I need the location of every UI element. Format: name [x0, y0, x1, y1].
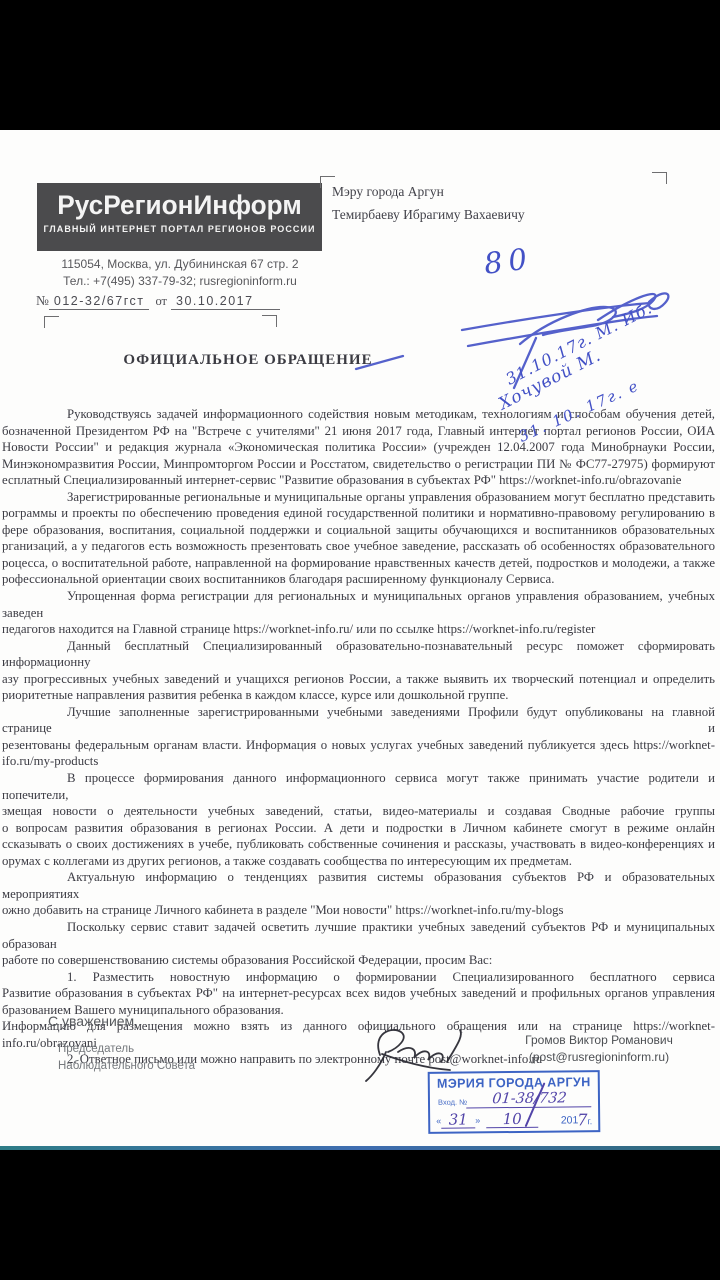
- stamp-title: МЭРИЯ ГОРОДА АРГУН: [431, 1074, 596, 1091]
- body-line: рганизаций, а у педагогов есть возможнос…: [2, 538, 715, 555]
- body-line: риоритетные направления развития ребенка…: [2, 687, 715, 704]
- address-line: 115054, Москва, ул. Дубининская 67 стр. …: [30, 256, 330, 273]
- sender-address: 115054, Москва, ул. Дубининская 67 стр. …: [30, 256, 330, 290]
- recipient-line: Темирбаеву Ибрагиму Вахаевичу: [332, 203, 525, 226]
- recipient-block: Мэру города Аргун Темирбаеву Ибрагиму Ва…: [332, 180, 525, 226]
- stamp-year-handwritten: 7: [577, 1113, 587, 1127]
- letter-page: РусРегионИнформ ГЛАВНЫЙ ИНТЕРНЕТ ПОРТАЛ …: [0, 130, 720, 1150]
- body-line: работе по совершенствованию системы обра…: [2, 952, 715, 969]
- body-line: Упрощенная форма регистрации для региона…: [2, 588, 715, 621]
- body-line: Минэкономразвития России, Минпромторгом …: [2, 456, 715, 473]
- paragraph: Лучшие заполненные зарегистрированными у…: [2, 704, 715, 770]
- body-line: фере образования, воспитания, социальной…: [2, 522, 715, 539]
- paragraph: Руководствуясь задачей информационного с…: [2, 406, 715, 489]
- body-line: ожно добавить на странице Личного кабине…: [2, 902, 715, 919]
- logo-title: РусРегионИнформ: [41, 190, 317, 221]
- paragraph: Данный бесплатный Специализированный обр…: [2, 638, 715, 704]
- body-line: роцесса, о воспитательной работе, направ…: [2, 555, 715, 572]
- position-line: Председатель: [58, 1041, 195, 1058]
- address-line: Тел.: +7(495) 337-79-32; rusregioninform…: [30, 273, 330, 290]
- scanned-letter-screen: РусРегионИнформ ГЛАВНЫЙ ИНТЕРНЕТ ПОРТАЛ …: [0, 0, 720, 1280]
- body-line: о вопросам развития образования в регион…: [2, 820, 715, 837]
- body-line: педагогов находится на Главной странице …: [2, 621, 715, 638]
- body-line: 1. Разместить новостную информацию о фор…: [2, 969, 715, 986]
- stamp-year-printed: 201: [561, 1114, 579, 1127]
- stamp-day: 31: [441, 1112, 475, 1128]
- paragraph: Зарегистрированные региональные и муници…: [2, 489, 715, 588]
- handwritten-resolution-number: 80: [482, 241, 535, 281]
- body-line: азу прогрессивных учебных заведений и уч…: [2, 671, 715, 688]
- letter-date: 30.10.2017: [171, 294, 280, 310]
- paragraph: Поскольку сервис ставит задачей осветить…: [2, 919, 715, 969]
- signer-email: (post@rusregioninform.ru): [506, 1049, 692, 1066]
- stamp-year: 201 7 г.: [538, 1113, 592, 1128]
- date-label: от: [155, 294, 167, 309]
- paragraph: 1. Разместить новостную информацию о фор…: [2, 969, 715, 1019]
- body-line: рограммы и проекты по обеспечению провед…: [2, 505, 715, 522]
- body-line: Новости России" и редакция журнала «Экон…: [2, 439, 715, 456]
- document-title: ОФИЦИАЛЬНОЕ ОБРАЩЕНИЕ: [98, 352, 398, 369]
- signer-position: Председатель Наблюдательного Совета: [58, 1041, 195, 1074]
- body-line: есплатный Специализированный интернет-се…: [2, 472, 715, 489]
- body-line: Поскольку сервис ставит задачей осветить…: [2, 919, 715, 952]
- paragraph: Упрощенная форма регистрации для региона…: [2, 588, 715, 638]
- position-line: Наблюдательного Совета: [58, 1058, 195, 1075]
- reference-number-line: № 012-32/67гст от 30.10.2017: [36, 293, 326, 310]
- body-line: ifo.ru/my-products: [2, 753, 715, 770]
- body-line: ссказывать о своих достижениях в учебе, …: [2, 836, 715, 853]
- body-line: резентованы федеральным органам власти. …: [2, 737, 715, 754]
- signer-block: Громов Виктор Романович (post@rusregioni…: [506, 1032, 692, 1066]
- body-line: В процессе формирования данного информац…: [2, 770, 715, 803]
- scan-edge-artifact: [0, 1146, 720, 1150]
- letter-body: Руководствуясь задачей информационного с…: [2, 406, 715, 1068]
- body-line: Лучшие заполненные зарегистрированными у…: [2, 704, 715, 737]
- corner-mark: [262, 315, 277, 327]
- salutation: С уважением,: [48, 1013, 138, 1029]
- outgoing-number: 012-32/67гст: [49, 294, 150, 310]
- recipient-line: Мэру города Аргун: [332, 180, 525, 203]
- body-line: Руководствуясь задачей информационного с…: [2, 406, 715, 423]
- stamp-date-row: « 31 » 10 201 7 г.: [436, 1108, 592, 1129]
- body-line: бозначенной Президентом РФ на "Встрече с…: [2, 423, 715, 440]
- body-line: Актуальную информацию о тенденциях разви…: [2, 869, 715, 902]
- stamp-incoming-label: Вход. №: [438, 1097, 467, 1108]
- stamp-incoming-number: 01-38/732: [466, 1091, 592, 1108]
- body-line: Данный бесплатный Специализированный обр…: [2, 638, 715, 671]
- paragraph: Актуальную информацию о тенденциях разви…: [2, 869, 715, 919]
- number-label: №: [36, 293, 49, 309]
- paragraph: В процессе формирования данного информац…: [2, 770, 715, 869]
- ink-signature-loop: [649, 293, 669, 309]
- stamp-year-suffix: г.: [587, 1116, 592, 1127]
- corner-mark: [44, 316, 59, 328]
- corner-mark: [652, 172, 667, 184]
- body-line: Зарегистрированные региональные и муници…: [2, 489, 715, 506]
- body-line: орумах с коллегами из других регионов, а…: [2, 853, 715, 870]
- stamp-close-quote: »: [475, 1115, 480, 1128]
- incoming-registration-stamp: МЭРИЯ ГОРОДА АРГУН Вход. № 01-38/732 « 3…: [428, 1070, 601, 1134]
- body-line: Развитие образования в субъектах РФ" на …: [2, 985, 715, 1002]
- logo-subtitle: ГЛАВНЫЙ ИНТЕРНЕТ ПОРТАЛ РЕГИОНОВ РОССИИ: [37, 224, 322, 234]
- signer-name: Громов Виктор Романович: [506, 1032, 692, 1049]
- body-line: рофессиональной ориентации своих воспита…: [2, 571, 715, 588]
- stamp-number-row: Вход. № 01-38/732: [438, 1089, 592, 1109]
- body-line: змещая новости о деятельности учебных за…: [2, 803, 715, 820]
- rusregioninform-logo: РусРегионИнформ ГЛАВНЫЙ ИНТЕРНЕТ ПОРТАЛ …: [37, 183, 322, 251]
